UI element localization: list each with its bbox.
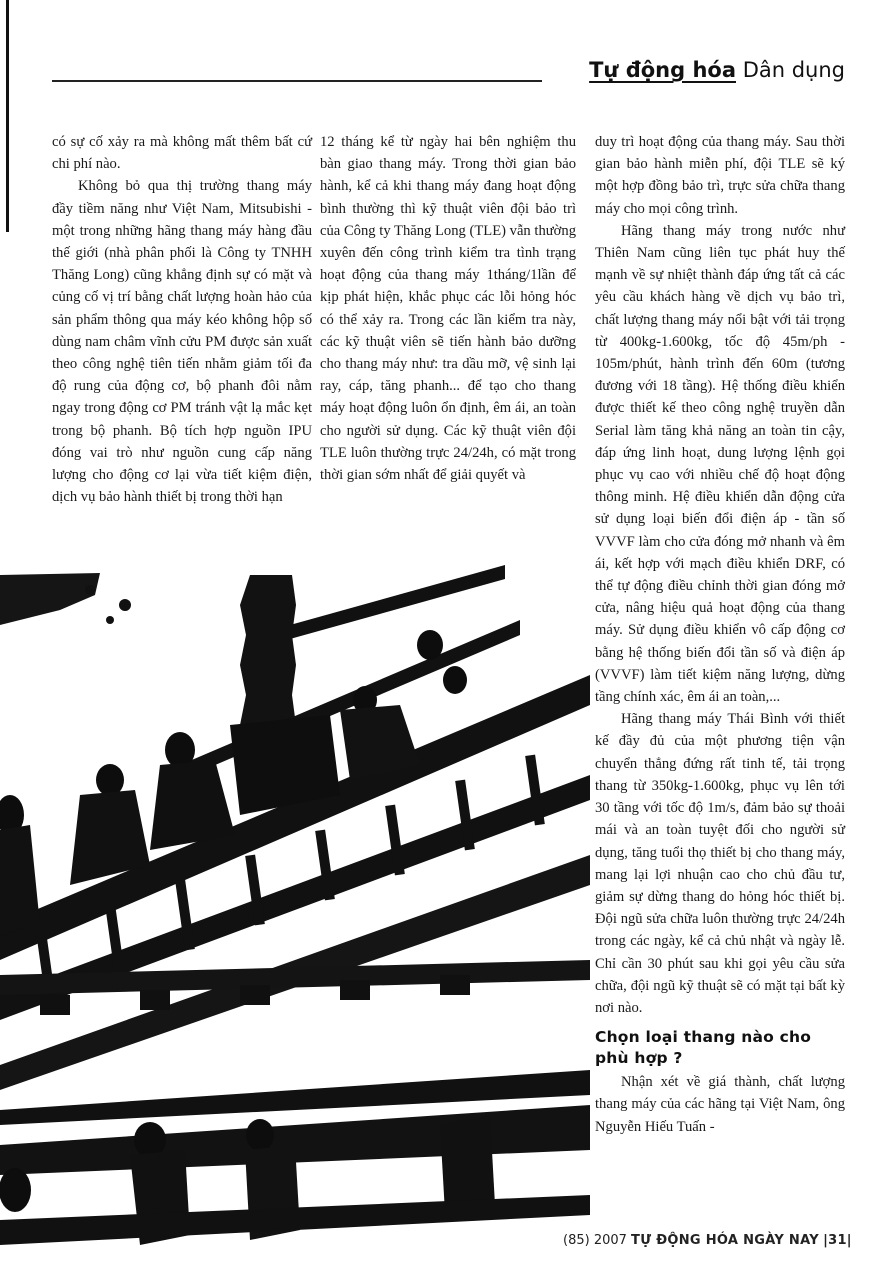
paragraph: Nhận xét về giá thành, chất lượng thang … (595, 1071, 845, 1138)
issue-number: (85) 2007 (563, 1233, 627, 1248)
escalator-image-icon (0, 565, 590, 1270)
escalator-photo (0, 565, 590, 1270)
paragraph: có sự cố xảy ra mà không mất thêm bất cứ… (52, 131, 312, 175)
paragraph: 12 tháng kể từ ngày hai bên nghiệm thu b… (320, 131, 576, 486)
page-edge-bar (6, 0, 9, 232)
magazine-name: TỰ ĐỘNG HÓA NGÀY NAY (631, 1233, 819, 1248)
page-footer: (85) 2007 TỰ ĐỘNG HÓA NGÀY NAY |31| (563, 1233, 852, 1248)
article-column-1: có sự cố xảy ra mà không mất thêm bất cứ… (52, 131, 312, 508)
section-header: Tự động hóa Dân dụng (589, 58, 845, 82)
section-title-bold: Tự động hóa (589, 58, 736, 82)
paragraph: duy trì hoạt động của thang máy. Sau thờ… (595, 131, 845, 220)
page-number: |31| (823, 1233, 852, 1248)
header-rule (52, 80, 542, 82)
article-column-3: duy trì hoạt động của thang máy. Sau thờ… (595, 131, 845, 1138)
subheading: Chọn loại thang nào cho phù hợp ? (595, 1027, 845, 1069)
paragraph: Hãng thang máy trong nước như Thiên Nam … (595, 220, 845, 708)
paragraph: Không bỏ qua thị trường thang máy đầy ti… (52, 175, 312, 508)
section-title-light: Dân dụng (743, 58, 845, 82)
paragraph: Hãng thang máy Thái Bình với thiết kế đầ… (595, 708, 845, 1019)
article-column-2: 12 tháng kể từ ngày hai bên nghiệm thu b… (320, 131, 576, 486)
